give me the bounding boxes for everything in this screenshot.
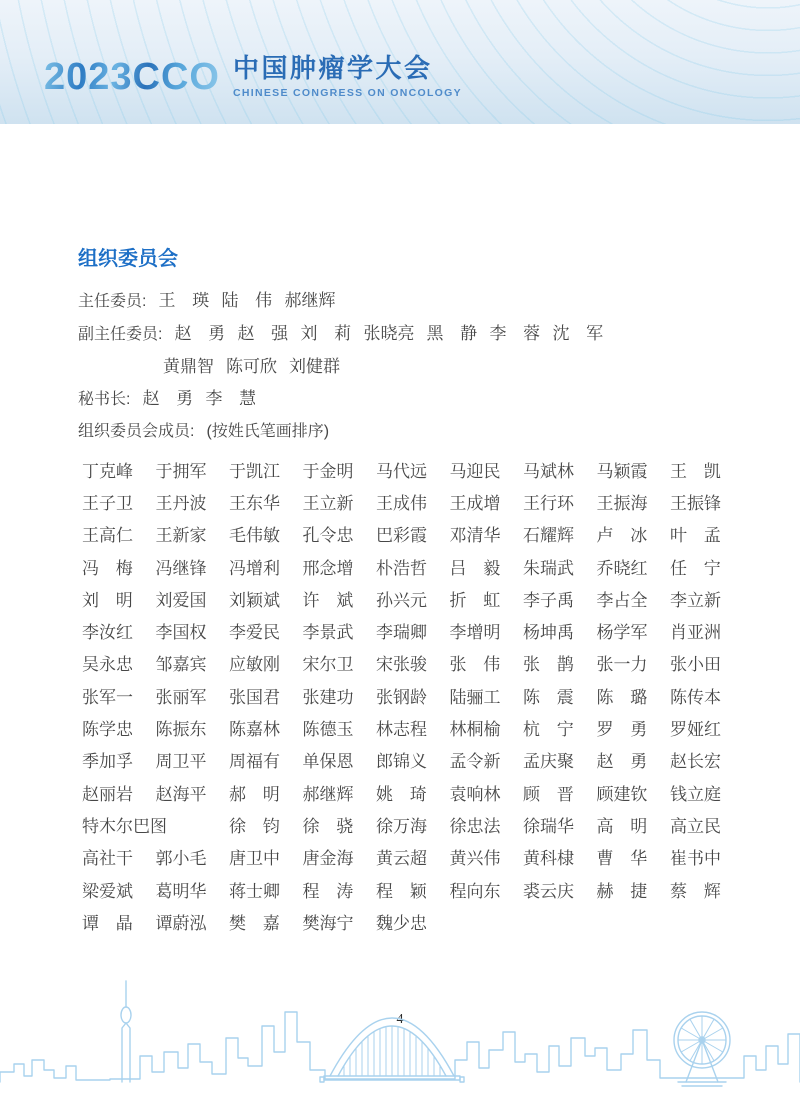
member-name: 王行环 bbox=[523, 489, 597, 514]
committee-member-name: 刘 莉 bbox=[300, 323, 351, 345]
member-name: 郭小毛 bbox=[156, 844, 230, 869]
member-name: 陈传本 bbox=[670, 683, 744, 708]
member-name: 许 斌 bbox=[303, 586, 377, 611]
member-name: 刘爱国 bbox=[156, 586, 230, 611]
member-name: 马迎民 bbox=[450, 457, 524, 482]
member-name: 王丹波 bbox=[156, 489, 230, 514]
member-name: 叶 孟 bbox=[670, 521, 744, 546]
member-name: 刘颖斌 bbox=[229, 586, 303, 611]
member-name: 顾 晋 bbox=[523, 780, 597, 805]
member-name: 张国君 bbox=[229, 683, 303, 708]
member-name: 唐金海 bbox=[303, 844, 377, 869]
member-name: 王成增 bbox=[450, 489, 524, 514]
member-name: 梁爱斌 bbox=[82, 877, 156, 902]
member-name: 杭 宁 bbox=[523, 715, 597, 740]
member-name: 顾建钦 bbox=[597, 780, 671, 805]
bridge-hatch bbox=[344, 1026, 440, 1076]
committee-member-name: 陆 伟 bbox=[221, 290, 272, 312]
member-name: 徐万海 bbox=[376, 812, 450, 837]
member-name: 宋张骏 bbox=[376, 650, 450, 675]
member-name: 陈嘉林 bbox=[229, 715, 303, 740]
member-name: 陈学忠 bbox=[82, 715, 156, 740]
committee-member-name: 李 慧 bbox=[205, 388, 256, 410]
member-name: 王新家 bbox=[156, 521, 230, 546]
member-name: 毛伟敏 bbox=[229, 521, 303, 546]
committee-lines: 主任委员:王 瑛陆 伟郝继辉副主任委员:赵 勇赵 强刘 莉张晓亮黑 静李 蓉沈 … bbox=[78, 290, 738, 443]
committee-member-name: 王 瑛 bbox=[158, 290, 209, 312]
member-name: 樊 嘉 bbox=[229, 909, 303, 934]
committee-member-name: 陈可欣 bbox=[226, 356, 277, 378]
brand-title-cn: 中国肿瘤学大会 bbox=[233, 55, 462, 84]
brand-title-en: CHINESE CONGRESS ON ONCOLOGY bbox=[233, 87, 462, 99]
member-name: 单保恩 bbox=[303, 747, 377, 772]
member-name: 杨学军 bbox=[597, 618, 671, 643]
member-name: 李子禹 bbox=[523, 586, 597, 611]
committee-member-name: 沈 军 bbox=[552, 323, 603, 345]
member-name: 杨坤禹 bbox=[523, 618, 597, 643]
member-name: 曹 华 bbox=[597, 844, 671, 869]
member-name: 陈 璐 bbox=[597, 683, 671, 708]
member-name: 高社干 bbox=[82, 844, 156, 869]
member-name: 张丽军 bbox=[156, 683, 230, 708]
committee-line: 秘书长:赵 勇李 慧 bbox=[78, 388, 738, 411]
member-name: 程向东 bbox=[450, 877, 524, 902]
committee-role-label: 主任委员: bbox=[78, 291, 146, 313]
member-name: 于拥军 bbox=[156, 457, 230, 482]
member-name: 冯 梅 bbox=[82, 554, 156, 579]
document-page: 2023CCO 中国肿瘤学大会 CHINESE CONGRESS ON ONCO… bbox=[0, 0, 800, 1108]
member-name: 陈振东 bbox=[156, 715, 230, 740]
committee-member-name: 李 蓉 bbox=[489, 323, 540, 345]
committee-member-name: 黑 静 bbox=[426, 323, 477, 345]
member-name: 折 虹 bbox=[450, 586, 524, 611]
brand-titles: 中国肿瘤学大会 CHINESE CONGRESS ON ONCOLOGY bbox=[233, 55, 462, 99]
member-name: 袁响林 bbox=[450, 780, 524, 805]
member-name: 王子卫 bbox=[82, 489, 156, 514]
member-name: 朴浩哲 bbox=[376, 554, 450, 579]
member-name: 葛明华 bbox=[156, 877, 230, 902]
member-name: 赵长宏 bbox=[670, 747, 744, 772]
committee-member-name: 郝继辉 bbox=[284, 290, 335, 312]
ferris-wheel-icon bbox=[674, 1012, 730, 1086]
committee-line: 主任委员:王 瑛陆 伟郝继辉 bbox=[78, 290, 738, 313]
member-name: 朱瑞武 bbox=[523, 554, 597, 579]
sort-order-note: (按姓氏笔画排序) bbox=[206, 421, 329, 443]
committee-member-name: 黄鼎智 bbox=[163, 356, 214, 378]
cco-logo: 2023CCO bbox=[44, 58, 220, 96]
member-name: 陈 震 bbox=[523, 683, 597, 708]
committee-role-label: 秘书长: bbox=[78, 389, 130, 411]
arch-bridge-icon bbox=[320, 1018, 464, 1082]
member-name: 赵丽岩 bbox=[82, 780, 156, 805]
member-name: 季加孚 bbox=[82, 747, 156, 772]
member-name: 孟庆聚 bbox=[523, 747, 597, 772]
member-name: 孟令新 bbox=[450, 747, 524, 772]
member-name: 乔晓红 bbox=[597, 554, 671, 579]
member-name: 于金明 bbox=[303, 457, 377, 482]
member-name: 徐 钧 bbox=[229, 812, 303, 837]
member-name: 巴彩霞 bbox=[376, 521, 450, 546]
member-name: 樊海宁 bbox=[303, 909, 377, 934]
member-name: 张一力 bbox=[597, 650, 671, 675]
member-name: 王高仁 bbox=[82, 521, 156, 546]
member-name: 谭蔚泓 bbox=[156, 909, 230, 934]
member-name: 周卫平 bbox=[156, 747, 230, 772]
member-name: 肖亚洲 bbox=[670, 618, 744, 643]
member-name: 高立民 bbox=[670, 812, 744, 837]
committee-member-name: 刘健群 bbox=[289, 356, 340, 378]
member-name: 特木尔巴图 bbox=[82, 812, 156, 837]
committee-line: 组织委员会成员:(按姓氏笔画排序) bbox=[78, 421, 738, 443]
member-name: 于凯江 bbox=[229, 457, 303, 482]
member-name: 陆骊工 bbox=[450, 683, 524, 708]
member-name: 张小田 bbox=[670, 650, 744, 675]
member-name: 邢念增 bbox=[303, 554, 377, 579]
member-name: 赵海平 bbox=[156, 780, 230, 805]
member-name: 孙兴元 bbox=[376, 586, 450, 611]
member-name: 张 伟 bbox=[450, 650, 524, 675]
member-name: 李占全 bbox=[597, 586, 671, 611]
member-name: 王东华 bbox=[229, 489, 303, 514]
member-name: 刘 明 bbox=[82, 586, 156, 611]
member-name: 王 凯 bbox=[670, 457, 744, 482]
committee-section: 组织委员会 主任委员:王 瑛陆 伟郝继辉副主任委员:赵 勇赵 强刘 莉张晓亮黑 … bbox=[78, 248, 738, 937]
committee-member-name: 张晓亮 bbox=[363, 323, 414, 345]
member-name: 吕 毅 bbox=[450, 554, 524, 579]
member-name: 裘云庆 bbox=[523, 877, 597, 902]
header-band: 2023CCO 中国肿瘤学大会 CHINESE CONGRESS ON ONCO… bbox=[0, 0, 800, 124]
member-name: 张建功 bbox=[303, 683, 377, 708]
member-name: 李景武 bbox=[303, 618, 377, 643]
member-name: 冯继锋 bbox=[156, 554, 230, 579]
member-name: 罗 勇 bbox=[597, 715, 671, 740]
member-name: 宋尔卫 bbox=[303, 650, 377, 675]
member-name: 王立新 bbox=[303, 489, 377, 514]
committee-member-name: 赵 勇 bbox=[174, 323, 225, 345]
member-name: 高 明 bbox=[597, 812, 671, 837]
member-name: 郝继辉 bbox=[303, 780, 377, 805]
member-name: 赵 勇 bbox=[597, 747, 671, 772]
member-name: 罗娅红 bbox=[670, 715, 744, 740]
member-name: 周福有 bbox=[229, 747, 303, 772]
member-name: 李立新 bbox=[670, 586, 744, 611]
member-name: 王成伟 bbox=[376, 489, 450, 514]
brand: 2023CCO 中国肿瘤学大会 CHINESE CONGRESS ON ONCO… bbox=[44, 55, 462, 99]
member-name: 王振海 bbox=[597, 489, 671, 514]
member-name: 程 涛 bbox=[303, 877, 377, 902]
member-name: 孔令忠 bbox=[303, 521, 377, 546]
member-name: 李爱民 bbox=[229, 618, 303, 643]
member-name: 唐卫中 bbox=[229, 844, 303, 869]
member-name: 蔡 辉 bbox=[670, 877, 744, 902]
member-name: 谭 晶 bbox=[82, 909, 156, 934]
member-name: 黄云超 bbox=[376, 844, 450, 869]
member-name: 李增明 bbox=[450, 618, 524, 643]
member-name: 黄科棣 bbox=[523, 844, 597, 869]
member-name: 马代远 bbox=[376, 457, 450, 482]
member-name: 钱立庭 bbox=[670, 780, 744, 805]
committee-role-label: 组织委员会成员: bbox=[78, 421, 194, 443]
member-name: 郎锦义 bbox=[376, 747, 450, 772]
member-name: 李国权 bbox=[156, 618, 230, 643]
member-name: 崔书中 bbox=[670, 844, 744, 869]
member-name: 赫 捷 bbox=[597, 877, 671, 902]
tv-tower-icon bbox=[121, 981, 131, 1082]
member-name: 邹嘉宾 bbox=[156, 650, 230, 675]
member-name: 姚 琦 bbox=[376, 780, 450, 805]
member-name: 马颖霞 bbox=[597, 457, 671, 482]
member-name: 冯增利 bbox=[229, 554, 303, 579]
committee-line: 黄鼎智陈可欣刘健群 bbox=[78, 356, 738, 378]
committee-role-label: 副主任委员: bbox=[78, 324, 162, 346]
member-name: 林桐榆 bbox=[450, 715, 524, 740]
member-name: 蒋士卿 bbox=[229, 877, 303, 902]
member-name: 黄兴伟 bbox=[450, 844, 524, 869]
member-name: 石耀辉 bbox=[523, 521, 597, 546]
committee-member-name: 赵 勇 bbox=[142, 388, 193, 410]
member-name: 丁克峰 bbox=[82, 457, 156, 482]
member-name: 李汝红 bbox=[82, 618, 156, 643]
member-name: 魏少忠 bbox=[376, 909, 450, 934]
member-name: 陈德玉 bbox=[303, 715, 377, 740]
member-name: 徐瑞华 bbox=[523, 812, 597, 837]
member-name: 张 鹊 bbox=[523, 650, 597, 675]
member-name: 应敏刚 bbox=[229, 650, 303, 675]
member-name: 任 宁 bbox=[670, 554, 744, 579]
member-name: 张钢龄 bbox=[376, 683, 450, 708]
committee-member-name: 赵 强 bbox=[237, 323, 288, 345]
member-name: 李瑞卿 bbox=[376, 618, 450, 643]
member-name: 马斌林 bbox=[523, 457, 597, 482]
member-name: 吴永忠 bbox=[82, 650, 156, 675]
member-name: 张军一 bbox=[82, 683, 156, 708]
member-name: 林志程 bbox=[376, 715, 450, 740]
member-name: 邓清华 bbox=[450, 521, 524, 546]
member-name: 卢 冰 bbox=[597, 521, 671, 546]
member-name: 徐忠法 bbox=[450, 812, 524, 837]
committee-line: 副主任委员:赵 勇赵 强刘 莉张晓亮黑 静李 蓉沈 军 bbox=[78, 323, 738, 346]
member-name: 徐 骁 bbox=[303, 812, 377, 837]
section-title: 组织委员会 bbox=[78, 248, 738, 270]
city-skyline-illustration bbox=[0, 978, 800, 1096]
members-grid: 丁克峰于拥军于凯江于金明马代远马迎民马斌林马颖霞王 凯王子卫王丹波王东华王立新王… bbox=[82, 453, 738, 937]
member-name: 王振锋 bbox=[670, 489, 744, 514]
member-name: 郝 明 bbox=[229, 780, 303, 805]
member-name: 程 颖 bbox=[376, 877, 450, 902]
